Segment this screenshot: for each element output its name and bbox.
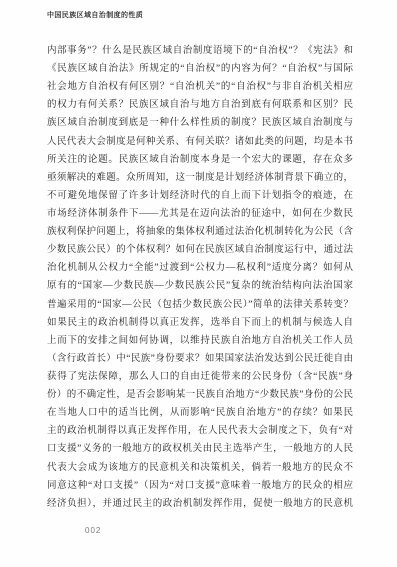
text-line: 族区域自治制度到底是一种什么样性质的制度？民族区域自治制度与 xyxy=(47,114,353,132)
text-line: 内部事务”？什么是民族区域自治制度语境下的“自治权”？《宪法》和 xyxy=(47,42,353,60)
text-line: 份）的不确定性，是否会影响某一民族自治地方“少数民族”身份的公民 xyxy=(47,386,353,404)
text-line: 族权利保护问题上，将抽象的集体权利通过法治化机制转化为公民（含 xyxy=(47,223,353,241)
text-line: 普遍采用的“国家—公民（包括少数民族公民）”简单的法律关系转变？ xyxy=(47,296,353,314)
text-line: 市场经济体制条件下——尤其是在迈向法治的征途中，如何在少数民 xyxy=(47,205,353,223)
text-line: 同意这种“对口支援”（因为“对口支援”意味着一般地方的民众的相应 xyxy=(47,477,353,495)
text-line: 获得了宪法保障，那么人口的自由迁徙带来的公民身份（含“民族”身 xyxy=(47,368,353,386)
text-line: 原有的“国家—少数民族—少数民族公民”复杂的统治结构向法治国家 xyxy=(47,277,353,295)
text-line: 少数民族公民）的个体权利？如何在民族区域自治制度运行中，通过法 xyxy=(47,241,353,259)
text-line: 社会地方自治权有何区别？“自治机关”的“自治权”与非自治机关相应 xyxy=(47,78,353,96)
text-line: 口支援”义务的一般地方的政权机关由民主选举产生，一般地方的人民 xyxy=(47,440,353,458)
text-line: 经济负担），并通过民主的政治机制发挥作用，促使一般地方的民意机 xyxy=(47,495,353,513)
text-line: 人民代表大会制度是何种关系、有何关联？诸如此类的问题，均是本书 xyxy=(47,133,353,151)
text-line: 主的政治机制得以真正发挥作用，在人民代表大会制度之下，负有“对 xyxy=(47,422,353,440)
text-line: 治化机制从公权力“全能”过渡到“公权力—私权利”适度分离？如何从 xyxy=(47,259,353,277)
text-line: 《民族区域自治法》所规定的“自治权”的内容为何？“自治权”与国际 xyxy=(47,60,353,78)
text-line: 如果民主的政治机制得以真正发挥，选举自下而上的机制与候选人自 xyxy=(47,314,353,332)
body-text: 内部事务”？什么是民族区域自治制度语境下的“自治权”？《宪法》和 《民族区域自治… xyxy=(47,42,353,513)
running-header: 中国民族区域自治制度的性质 xyxy=(47,10,143,20)
text-line: 在当地人口中的适当比例，从而影响“民族自治地方”的存续？如果民 xyxy=(47,404,353,422)
text-line: 的权力有何关系？民族区域自治与地方自治到底有何联系和区别？民 xyxy=(47,96,353,114)
book-page: 中国民族区域自治制度的性质 内部事务”？什么是民族区域自治制度语境下的“自治权”… xyxy=(0,0,397,567)
text-line: 所关注的论题。民族区域自治制度本身是一个宏大的课题，存在众多 xyxy=(47,151,353,169)
text-line: 上而下的安排之间如何协调，以维持民族自治地方自治机关工作人员 xyxy=(47,332,353,350)
text-line: 代表大会成为该地方的民意机关和决策机关，倘若一般地方的民众不 xyxy=(47,459,353,477)
text-line: 亟须解决的难题。众所周知，这一制度是计划经济体制背景下确立的， xyxy=(47,169,353,187)
text-line: 不可避免地保留了许多计划经济时代的自上而下计划指令的痕迹，在 xyxy=(47,187,353,205)
text-line: （含行政首长）中“民族”身份要求？如果国家法治发达到公民迁徙自由 xyxy=(47,350,353,368)
page-number: 002 xyxy=(85,526,101,535)
